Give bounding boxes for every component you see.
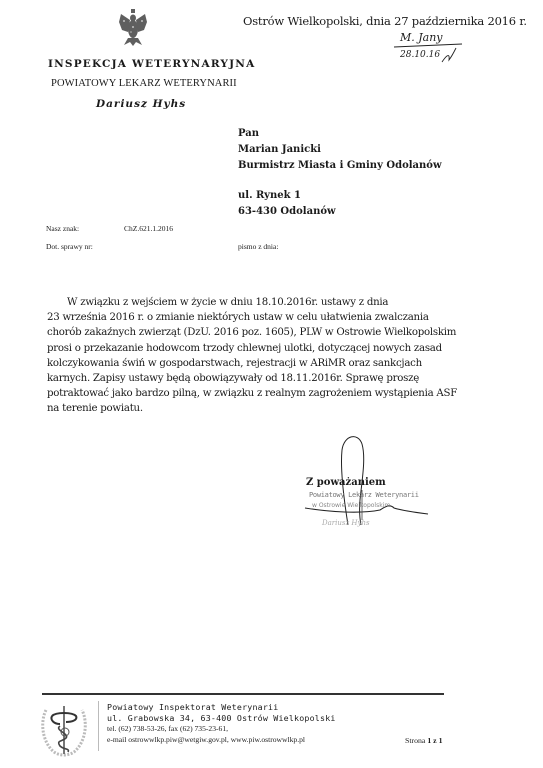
footer-phone-fax: tel. (62) 738-53-26, fax (62) 735-23-61, xyxy=(107,724,228,733)
footer-email-web: e-mail ostrowwlkp.piw@wetgiw.gov.pl, www… xyxy=(107,735,305,744)
page-label: Strona xyxy=(405,736,425,745)
our-ref-label: Nasz znak: xyxy=(46,224,79,233)
caduceus-logo-icon xyxy=(36,700,92,760)
closing-text: Z poważaniem xyxy=(306,477,386,488)
stamp-name: Dariusz Hyhs xyxy=(322,519,370,527)
place-date: Ostrów Wielkopolski, dnia 27 październik… xyxy=(243,14,527,28)
body-line: chorób zakaźnych zwierząt (DzU. 2016 poz… xyxy=(47,325,487,340)
stamp-title: Powiatowy Lekarz Weterynarii xyxy=(309,491,419,499)
footer-divider-line xyxy=(42,693,444,695)
footer-vertical-divider xyxy=(98,701,99,751)
page-separator: z xyxy=(433,736,436,745)
body-line: na terenie powiatu. xyxy=(47,401,487,416)
page-number: Strona 1 z 1 xyxy=(405,736,443,745)
body-line: W związku z wejściem w życie w dniu 18.1… xyxy=(47,295,487,310)
recipient-name: Marian Janicki xyxy=(238,144,321,155)
our-ref-value: ChZ.621.1.2016 xyxy=(124,224,173,233)
handwritten-annotation: M. Jany 28.10.16 xyxy=(392,26,472,66)
svg-text:M. Jany: M. Jany xyxy=(399,31,443,44)
footer-org-name: Powiatowy Inspektorat Weterynarii xyxy=(107,702,278,712)
case-number-label: Dot. sprawy nr: xyxy=(46,242,93,251)
body-line: 23 września 2016 r. o zmianie niektórych… xyxy=(47,310,487,325)
organization-subtitle: POWIATOWY LEKARZ WETERYNARII xyxy=(51,78,237,89)
recipient-title: Burmistrz Miasta i Gminy Odolanów xyxy=(238,160,442,171)
recipient-street: ul. Rynek 1 xyxy=(238,190,301,201)
footer-address: ul. Grabowska 34, 63-400 Ostrów Wielkopo… xyxy=(107,713,336,723)
page-current: 1 xyxy=(427,736,431,745)
body-line: prosi o przekazanie hodowcom trzody chle… xyxy=(47,341,487,356)
eagle-emblem-icon xyxy=(118,8,148,48)
page-total: 1 xyxy=(439,736,443,745)
body-line: potraktować jako bardzo pilną, w związku… xyxy=(47,386,487,401)
recipient-salutation: Pan xyxy=(238,128,259,139)
body-line: kolczykowania świń w gospodarstwach, rej… xyxy=(47,356,487,371)
body-line: karnych. Zapisy ustawy będą obowiązywały… xyxy=(47,371,487,386)
recipient-city: 63-430 Odolanów xyxy=(238,206,336,217)
organization-title: INSPEKCJA WETERYNARYJNA xyxy=(48,58,255,70)
letter-body: W związku z wejściem w życie w dniu 18.1… xyxy=(47,295,487,417)
stamp-location: w Ostrowie Wielkopolskim xyxy=(312,502,390,509)
letter-date-label: pismo z dnia: xyxy=(238,242,278,251)
svg-text:28.10.16: 28.10.16 xyxy=(399,50,440,60)
organization-person: Dariusz Hyhs xyxy=(96,98,186,110)
